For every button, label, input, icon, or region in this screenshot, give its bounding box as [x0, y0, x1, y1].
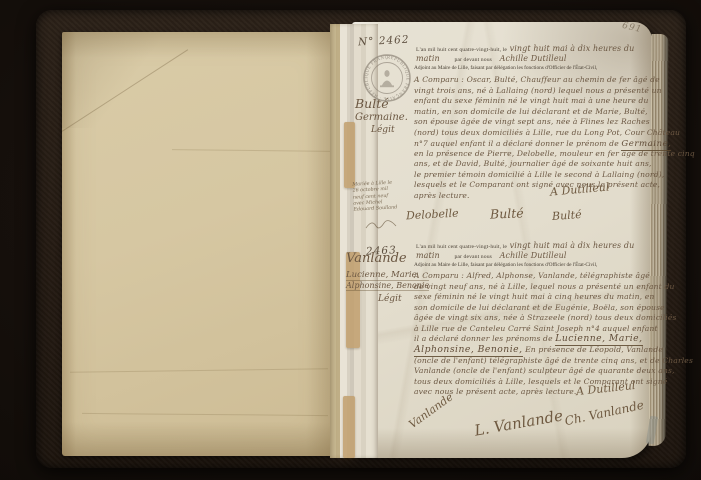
- act-officiant-line: matin par devant nous Achille Dutilleul: [416, 251, 567, 260]
- handwritten-line: de vingt neuf ans, né à Lille, lequel no…: [414, 282, 677, 293]
- handwritten-line: enfant du sexe féminin né le vingt huit …: [414, 96, 680, 107]
- handwritten-line: tous deux domiciliés à Lille, lesquels e…: [414, 377, 693, 387]
- stamp-text: RÉPUBLIQUE FRANÇAISE · RÉPUBLIQUE FRANÇA…: [362, 53, 411, 102]
- printed-officer-titles: Adjoint au Maire de Lille, faisant par d…: [414, 262, 597, 268]
- printed-officer-titles: Adjoint au Maire de Lille, faisant par d…: [414, 65, 597, 71]
- witness-signature: Ch. Vanlande: [563, 398, 645, 428]
- handwritten-line: A Comparu : Alfred, Alphonse, Vanlande, …: [414, 271, 677, 282]
- margin-name-line: Germaine.: [355, 112, 408, 123]
- margin-name-line: Bulté: [355, 96, 408, 111]
- act-body-text: A Comparu : Oscar, Bulté, Chauffeur au c…: [414, 75, 680, 138]
- paper-crease: [70, 368, 328, 373]
- handwritten-line: A Comparu : Oscar, Bulté, Chauffeur au c…: [414, 75, 680, 86]
- officiant-name: Achille Dutilleul: [500, 251, 567, 260]
- act-body-text: (oncle de l'enfant) télégraphiste âgé de…: [414, 356, 693, 398]
- act-opening-line: L'an mil huit cent quatre-vingt-huit, le…: [416, 241, 634, 250]
- child-prenoms-underlined: Alphonsine, Benonie,: [414, 344, 523, 357]
- margin-name-line: Légit: [371, 125, 408, 135]
- handwritten-line: ans, et de David, Bulté, journalier âgé …: [414, 159, 695, 169]
- printed-devant: par devant nous: [454, 254, 492, 260]
- handwritten-line: âgée de vingt six ans, née à Strazeele (…: [414, 313, 677, 324]
- prenoms-suffix: En présence de Léopold, Vanlande: [523, 345, 663, 354]
- handwritten-date: vingt huit mai à dix heures du: [510, 241, 635, 250]
- scanned-register-photo: 691 N° 2462 RÉPUBLIQUE FRANÇAISE · RÉPUB…: [0, 0, 701, 480]
- handwritten-line: Vanlande (oncle de l'enfant) sculpteur â…: [414, 366, 693, 376]
- witness-signature: Delobelle: [406, 207, 459, 223]
- handwritten-line: son domicile de lui déclarant et de Eugé…: [414, 303, 677, 314]
- page-corner-fold: [62, 32, 194, 128]
- prenoms-line-2: Alphonsine, Benonie, En présence de Léop…: [414, 344, 663, 355]
- printed-devant: par devant nous: [454, 57, 492, 63]
- act-opening-line: L'an mil huit cent quatre-vingt-huit, le…: [416, 44, 634, 53]
- witness-signature: L. Vanlande: [473, 406, 564, 439]
- register-page: 691 N° 2462 RÉPUBLIQUE FRANÇAISE · RÉPUB…: [352, 22, 652, 458]
- declarant-signature: Bulté: [490, 205, 524, 221]
- stamp-marianne-figure: [380, 70, 394, 87]
- act-body-text: A Comparu : Alfred, Alphonse, Vanlande, …: [414, 271, 677, 334]
- handwritten-line: matin, en son domicile de lui déclarant …: [414, 107, 680, 118]
- prenom-prefix: n°7 auquel enfant il a déclaré donner le…: [414, 139, 621, 148]
- act-number: N° 2462: [358, 34, 410, 49]
- handwritten-line: vingt trois ans, né à Lallaing (nord) le…: [414, 86, 680, 97]
- folio-number: 691: [621, 21, 643, 35]
- printed-opening: L'an mil huit cent quatre-vingt-huit, le: [416, 244, 507, 250]
- paper-crease: [82, 413, 328, 416]
- act-officiant-line: matin par devant nous Achille Dutilleul: [416, 54, 567, 63]
- binding-tape-patch: [344, 122, 355, 188]
- handwritten-date: vingt huit mai à dix heures du: [510, 44, 635, 53]
- handwritten-line: (nord) tous deux domiciliés à Lille, rue…: [414, 128, 680, 139]
- printed-opening: L'an mil huit cent quatre-vingt-huit, le: [416, 47, 507, 53]
- handwritten-line: en la présence de Pierre, Delobelle, mou…: [414, 149, 695, 159]
- prenoms-prefix: il a déclaré donner les prénoms de: [414, 334, 555, 343]
- svg-text:RÉPUBLIQUE FRANÇAISE · RÉPUBLI: RÉPUBLIQUE FRANÇAISE · RÉPUBLIQUE FRANÇA…: [362, 53, 411, 102]
- handwritten-line: avec nous le présent acte, après lecture…: [414, 387, 693, 397]
- prenom-line: n°7 auquel enfant il a déclaré donner le…: [414, 139, 671, 149]
- handwritten-line: son épouse âgée de vingt sept ans, née à…: [414, 117, 680, 128]
- left-blank-page: [62, 32, 332, 456]
- witness-signature: Bulté: [552, 208, 582, 223]
- handwritten-date-cont: matin: [416, 251, 440, 260]
- paper-crease: [172, 149, 332, 152]
- handwritten-line: le premier témoin domicilié à Lille le s…: [414, 170, 695, 180]
- officiant-name: Achille Dutilleul: [500, 54, 567, 63]
- handwritten-line: sexe féminin né le vingt huit mai à cinq…: [414, 292, 677, 303]
- handwritten-line: (oncle de l'enfant) télégraphiste âgé de…: [414, 356, 693, 366]
- margin-note-paraph: [364, 218, 398, 232]
- binding-tape-patch: [343, 396, 355, 458]
- prenoms-line: il a déclaré donner les prénoms de Lucie…: [414, 333, 643, 344]
- handwritten-date-cont: matin: [416, 54, 440, 63]
- margin-child-name: BultéGermaine.Légit: [355, 96, 408, 135]
